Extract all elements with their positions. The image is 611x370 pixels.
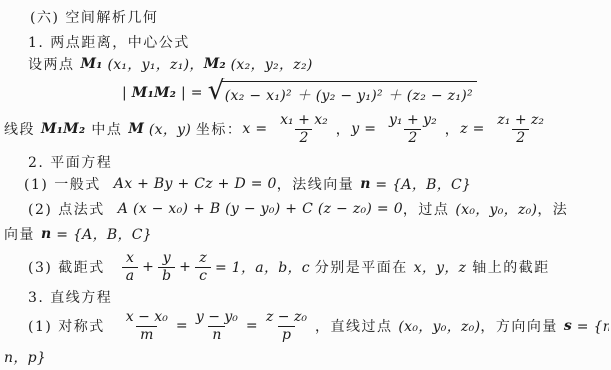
- denominator: 2: [404, 129, 421, 146]
- numerator: y: [159, 251, 175, 267]
- subsection-title-line-eq: 3. 直线方程: [4, 287, 609, 307]
- point-m2-coords: (x₂，y₂，z₂): [226, 54, 313, 74]
- point-m1-coords: (x₁，y₁，z₁)，: [103, 54, 204, 74]
- equals-operator: =: [246, 318, 258, 334]
- comma-separator: ，: [445, 119, 461, 139]
- numerator: x: [122, 251, 138, 267]
- plane-intercept-form-line: (3) 截距式 x a + y b + z c = 1，a，b，c 分别是平面在…: [4, 247, 609, 287]
- fraction-z-mid: z₁ + z₂ 2: [493, 113, 548, 145]
- denominator: c: [195, 267, 211, 284]
- wrap-lead-text: ，法: [537, 199, 568, 219]
- plane-general-form-line: (1) 一般式 Ax + By + Cz + D = 0 ，法线向量 n = {…: [4, 172, 609, 195]
- fraction-y-over-b: y b: [158, 251, 175, 283]
- item-label: (2) 点法式: [28, 199, 105, 219]
- point-m1-symbol: M₁: [80, 56, 102, 72]
- setup-lead-text: 设两点: [28, 54, 80, 74]
- item-label: (1) 对称式: [28, 316, 105, 336]
- vector-n-components: = {A，B，C}: [51, 224, 152, 244]
- fraction-y-minus-y0-over-n: y − y₀ n: [192, 310, 242, 342]
- axes-symbols: x，y，z: [414, 257, 467, 277]
- vector-s-symbol: s: [564, 318, 572, 334]
- line-through-point-coords: (x₀，y₀，z₀): [398, 316, 480, 336]
- square-root-expression: √ (x₂ − x₁)² ＋ (y₂ − y₁)² ＋ (z₂ − z₁)²: [208, 81, 477, 105]
- point-normal-equation: A (x − x₀) + B (y − y₀) + C (z − z₀) = 0: [118, 201, 403, 217]
- fraction-y-mid: y₁ + y₂ 2: [385, 113, 441, 145]
- plus-operator: +: [142, 259, 154, 275]
- numerator: x − x₀: [122, 310, 172, 326]
- item-label: (1) 一般式: [24, 174, 101, 194]
- point-m2-symbol: M₂: [204, 56, 226, 72]
- denominator: a: [122, 267, 138, 284]
- vector-n-components: = {A，B，C}: [371, 174, 472, 194]
- denominator: m: [136, 326, 157, 343]
- line-symmetric-wrap-line: n，p}: [4, 347, 609, 367]
- midpoint-m-symbol: M: [128, 121, 144, 137]
- abs-close-equals: | =: [176, 85, 207, 101]
- radical-icon: √: [208, 80, 225, 103]
- comma-separator: ，: [336, 119, 352, 139]
- fraction-x-minus-x0-over-m: x − x₀ m: [122, 310, 172, 342]
- numerator: x₁ + x₂: [276, 113, 332, 129]
- intercept-eq-tail: = 1，a，b，c: [215, 257, 315, 277]
- midpoint-y-lhs: y =: [351, 121, 381, 137]
- distance-formula-line: | M₁M₂ | = √ (x₂ − x₁)² ＋ (y₂ − y₁)² ＋ (…: [4, 78, 609, 108]
- midpoint-coords: (x，y): [144, 119, 196, 139]
- numerator: z₁ + z₂: [493, 113, 548, 129]
- document-page: (六) 空间解析几何 1. 两点距离，中心公式 设两点 M₁ (x₁，y₁，z₁…: [0, 0, 611, 370]
- denominator: n: [208, 326, 225, 343]
- numerator: y − y₀: [192, 310, 242, 326]
- fraction-z-minus-z0-over-p: z − z₀ p: [262, 310, 311, 342]
- points-definition-line: 设两点 M₁ (x₁，y₁，z₁)， M₂ (x₂，y₂，z₂): [4, 53, 609, 75]
- vector-s-open: = {m，: [572, 316, 609, 336]
- vector-n-symbol: n: [41, 226, 51, 242]
- denominator: 2: [295, 129, 312, 146]
- midpoint-z-lhs: z =: [460, 121, 489, 137]
- line-through-point-label: ，直线过点: [315, 316, 398, 336]
- midpoint-seg-label: 线段: [4, 119, 41, 139]
- subsection-title-text: 2. 平面方程: [28, 152, 112, 172]
- section-heading: (六) 空间解析几何: [4, 6, 609, 28]
- numerator: y₁ + y₂: [385, 113, 441, 129]
- intercept-desc-text: 分别是平面在: [315, 257, 414, 277]
- denominator: b: [158, 267, 175, 284]
- denominator: p: [278, 326, 295, 343]
- plane-point-normal-wrap-line: 向量 n = {A，B，C}: [4, 223, 609, 245]
- through-point-label: ，过点: [403, 199, 455, 219]
- midpoint-coord-label: 坐标：: [196, 119, 243, 139]
- radicand-text: (x₂ − x₁)² ＋ (y₂ − y₁)² ＋ (z₂ − z₁)²: [222, 81, 477, 105]
- subsection-title-distance: 1. 两点距离，中心公式: [4, 31, 609, 53]
- plane-point-normal-line: (2) 点法式 A (x − x₀) + B (y − y₀) + C (z −…: [4, 197, 609, 221]
- normal-vector-label: ，法线向量: [277, 174, 360, 194]
- fraction-z-over-c: z c: [195, 251, 211, 283]
- fraction-x-over-a: x a: [122, 251, 138, 283]
- item-label: (3) 截距式: [28, 257, 105, 277]
- midpoint-seg-symbol: M₁M₂: [41, 121, 85, 137]
- vector-label: 向量: [4, 224, 41, 244]
- segment-symbol: M₁M₂: [132, 85, 176, 101]
- intercept-tail-text: 轴上的截距: [466, 257, 549, 277]
- fraction-x-mid: x₁ + x₂ 2: [276, 113, 332, 145]
- abs-open: |: [122, 85, 132, 101]
- subsection-title-plane: 2. 平面方程: [4, 152, 609, 172]
- midpoint-formula-line: 线段 M₁M₂ 中点 M (x，y) 坐标： x = x₁ + x₂ 2 ， y…: [4, 108, 609, 150]
- subsection-title-text: 3. 直线方程: [28, 287, 112, 307]
- vector-n-symbol: n: [360, 176, 370, 192]
- heading-text: (六) 空间解析几何: [30, 7, 158, 27]
- plus-operator: +: [179, 259, 191, 275]
- subsection-title-text: 1. 两点距离，中心公式: [28, 32, 190, 52]
- through-point-coords: (x₀，y₀，z₀): [455, 199, 537, 219]
- line-symmetric-form-line: (1) 对称式 x − x₀ m = y − y₀ n = z − z₀ p ，…: [4, 307, 609, 345]
- equals-operator: =: [176, 318, 188, 334]
- vector-s-wrap-components: n，p}: [4, 347, 46, 367]
- midpoint-mid-label: 中点: [85, 119, 128, 139]
- numerator: z − z₀: [262, 310, 311, 326]
- direction-vector-label: ，方向向量: [480, 316, 563, 336]
- midpoint-x-lhs: x =: [242, 121, 272, 137]
- denominator: 2: [512, 129, 529, 146]
- general-equation: Ax + By + Cz + D = 0: [114, 176, 277, 192]
- numerator: z: [195, 251, 210, 267]
